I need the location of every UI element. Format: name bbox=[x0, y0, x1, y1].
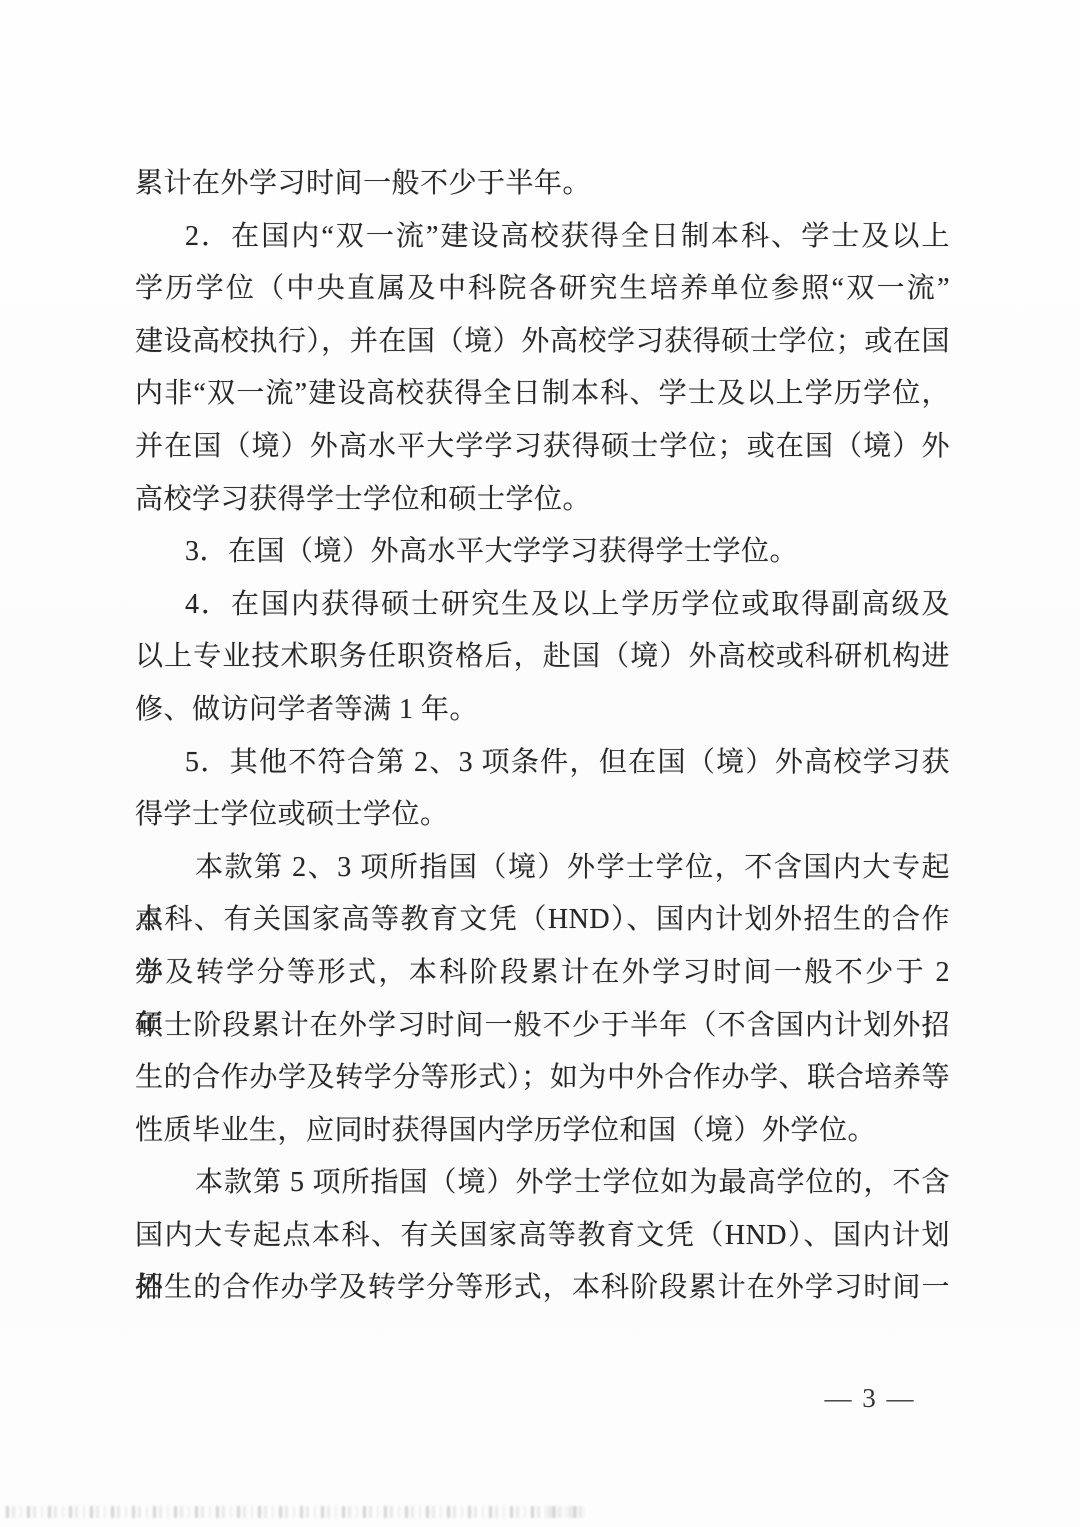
text-line: 本款第 2、3 项所指国（境）外学士学位，不含国内大专起点 bbox=[135, 842, 950, 895]
document-body: 累计在外学习时间一般不少于半年。 2．在国内“双一流”建设高校获得全日制本科、学… bbox=[135, 158, 950, 1315]
text-line: 3．在国（境）外高水平大学学习获得学士学位。 bbox=[135, 526, 950, 579]
text-line: 学历学位（中央直属及中科院各研究生培养单位参照“双一流” bbox=[135, 263, 950, 316]
text-line: 性质毕业生，应同时获得国内学历学位和国（境）外学位。 bbox=[135, 1105, 950, 1158]
text-line: 并在国（境）外高水平大学学习获得硕士学位；或在国（境）外 bbox=[135, 421, 950, 474]
text-line: 建设高校执行），并在国（境）外高校学习获得硕士学位；或在国 bbox=[135, 316, 950, 369]
text-line: 修、做访问学者等满 1 年。 bbox=[135, 684, 950, 737]
text-line: 内非“双一流”建设高校获得全日制本科、学士及以上学历学位， bbox=[135, 368, 950, 421]
text-line: 招生的合作办学及转学分等形式，本科阶段累计在外学习时间一 bbox=[135, 1262, 950, 1315]
document-page: 累计在外学习时间一般不少于半年。 2．在国内“双一流”建设高校获得全日制本科、学… bbox=[0, 0, 1080, 1527]
text-line: 国内大专起点本科、有关国家高等教育文凭（HND）、国内计划外 bbox=[135, 1210, 950, 1263]
text-line: 以上专业技术职务任职资格后，赴国（境）外高校或科研机构进 bbox=[135, 631, 950, 684]
scan-artifact bbox=[548, 1506, 588, 1518]
text-line: 得学士学位或硕士学位。 bbox=[135, 789, 950, 842]
text-line: 生的合作办学及转学分等形式）；如为中外合作办学、联合培养等 bbox=[135, 1052, 950, 1105]
text-line: 高校学习获得学士学位和硕士学位。 bbox=[135, 474, 950, 527]
page-number: — 3 — bbox=[815, 1378, 925, 1418]
text-line: 学及转学分等形式，本科阶段累计在外学习时间一般不少于 2 年； bbox=[135, 947, 950, 1000]
text-line: 硕士阶段累计在外学习时间一般不少于半年（不含国内计划外招 bbox=[135, 1000, 950, 1053]
text-line: 本科、有关国家高等教育文凭（HND）、国内计划外招生的合作办 bbox=[135, 894, 950, 947]
text-line: 2．在国内“双一流”建设高校获得全日制本科、学士及以上 bbox=[135, 211, 950, 264]
scan-artifact bbox=[6, 1506, 584, 1518]
text-line: 本款第 5 项所指国（境）外学士学位如为最高学位的，不含 bbox=[135, 1157, 950, 1210]
text-line: 累计在外学习时间一般不少于半年。 bbox=[135, 158, 950, 211]
text-line: 5．其他不符合第 2、3 项条件，但在国（境）外高校学习获 bbox=[135, 737, 950, 790]
text-line: 4．在国内获得硕士研究生及以上学历学位或取得副高级及 bbox=[135, 579, 950, 632]
